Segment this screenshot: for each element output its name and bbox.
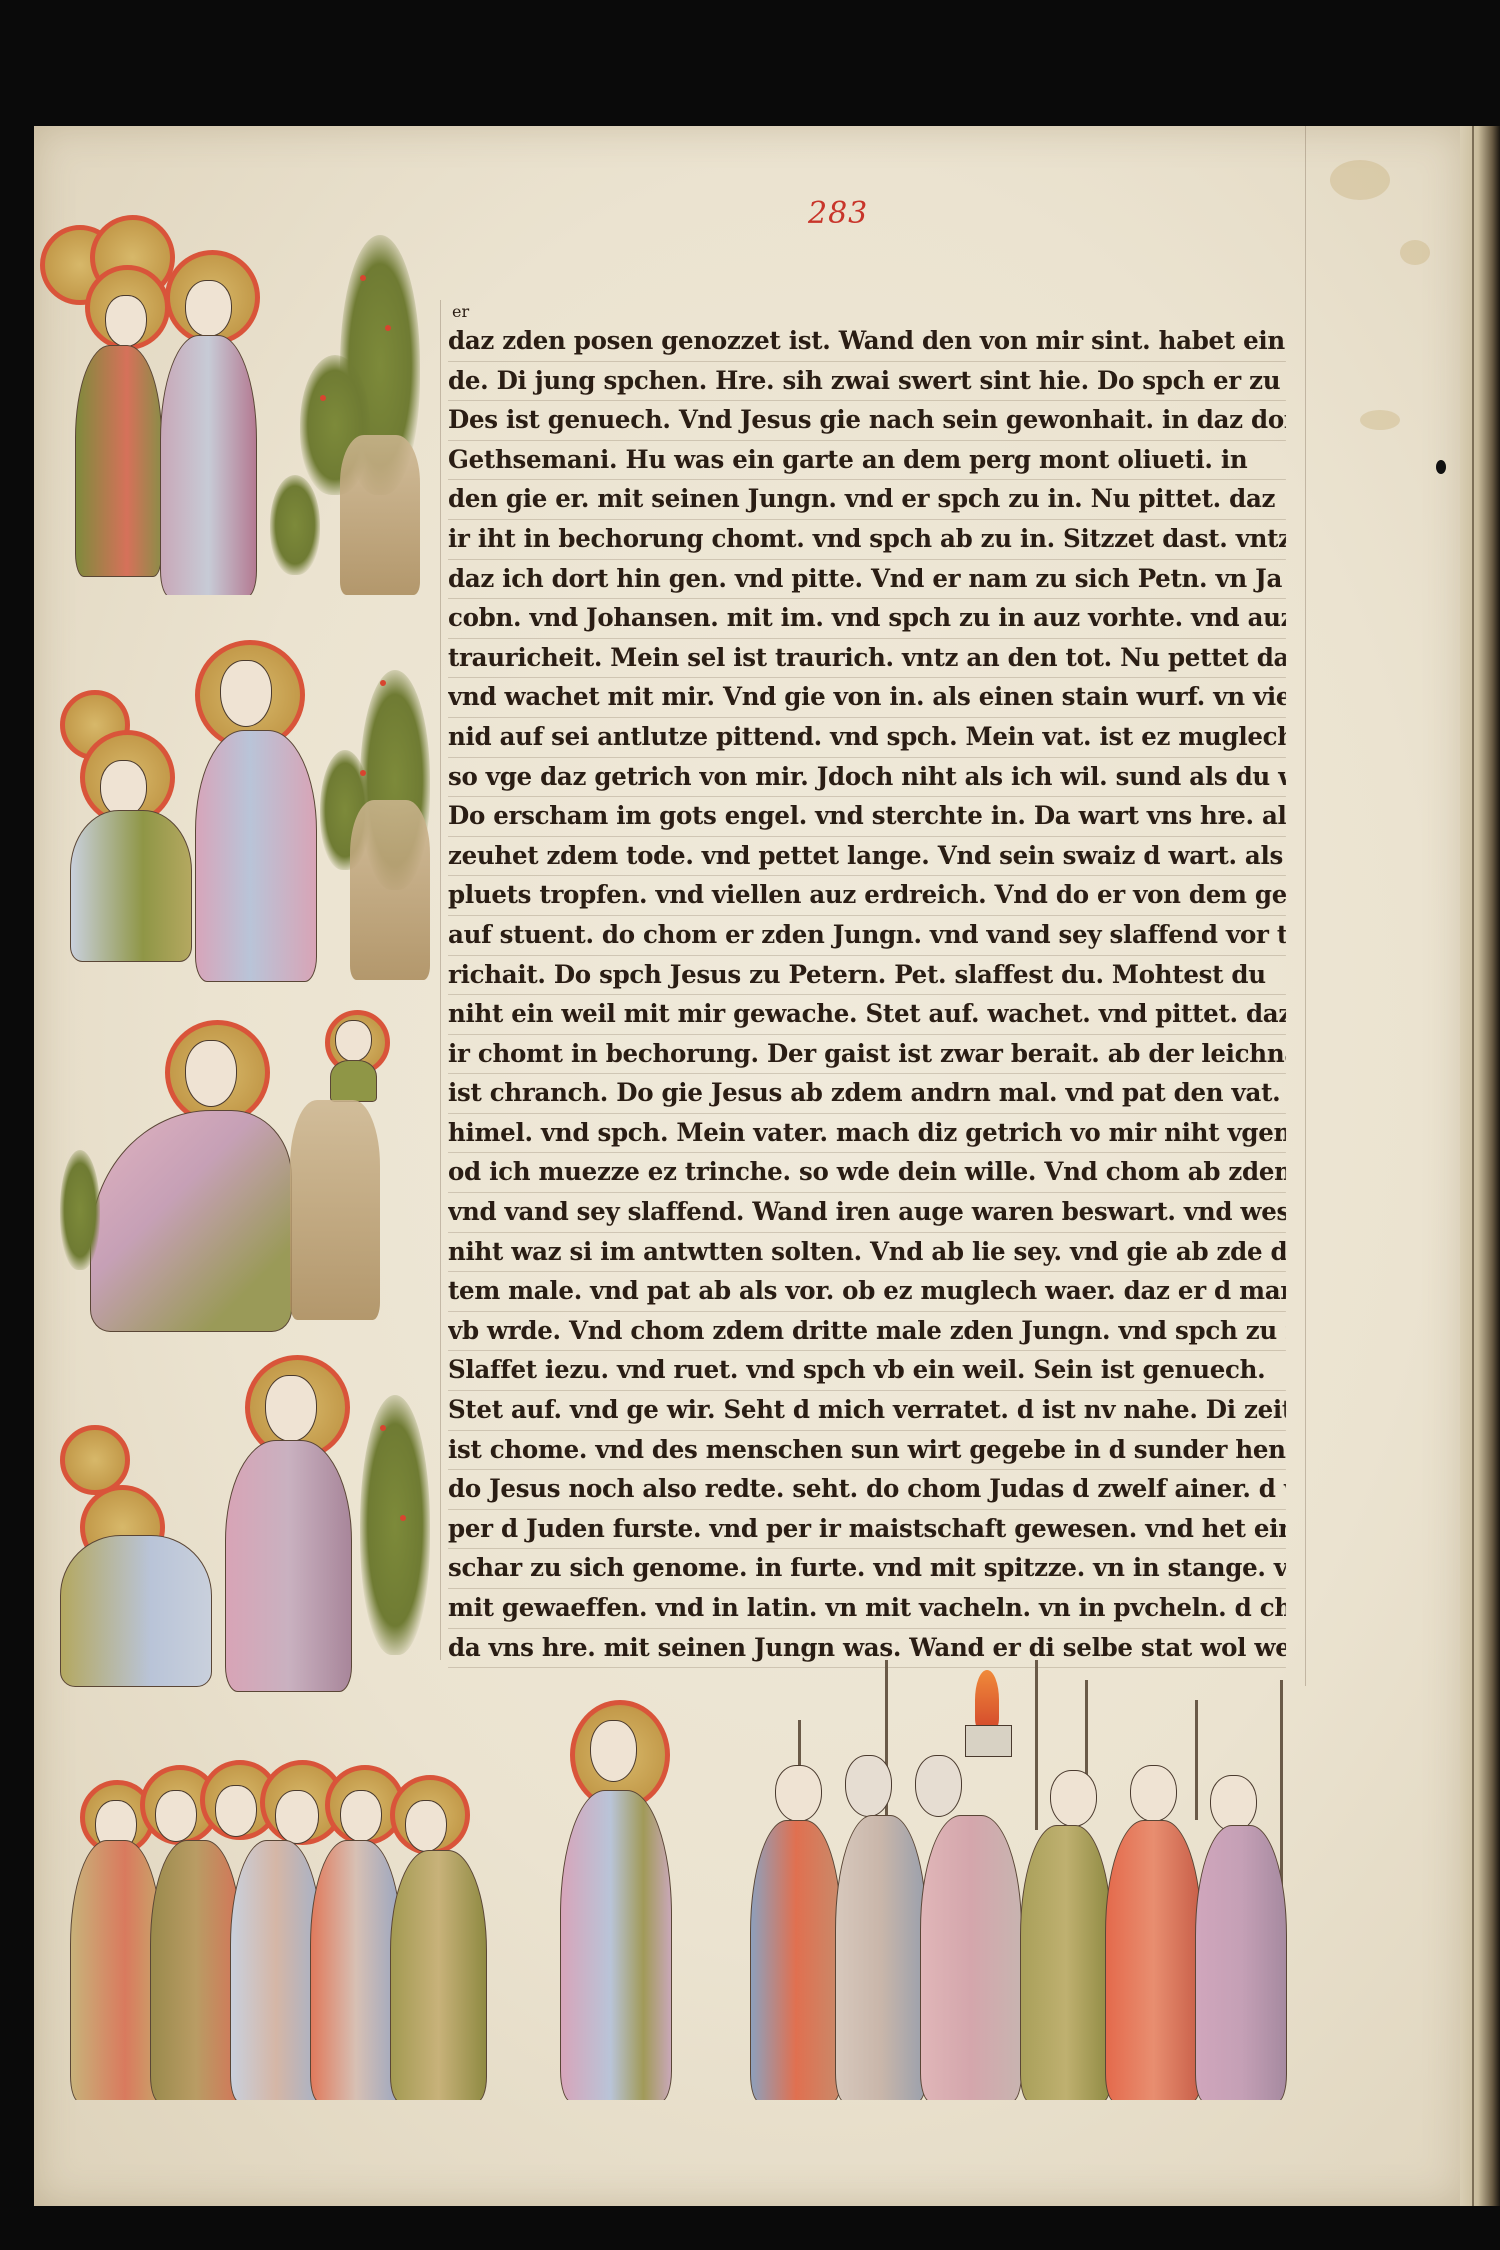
text-line: Do erscham im gots engel. vnd sterchte i… <box>448 797 1286 837</box>
stain <box>1330 160 1390 200</box>
text-line: ist chome. vnd des menschen sun wirt geg… <box>448 1431 1286 1471</box>
text-line: zeuhet zdem tode. vnd pettet lange. Vnd … <box>448 837 1286 877</box>
text-line: vnd wachet mit mir. Vnd gie von in. als … <box>448 678 1286 718</box>
text-line: do Jesus noch also redte. seht. do chom … <box>448 1470 1286 1510</box>
page-hole <box>1436 460 1446 474</box>
ruling-line <box>440 300 441 1660</box>
stain <box>1400 240 1430 265</box>
apostles-with-halos-icon <box>40 215 440 595</box>
text-line: so vge daz getrich von mir. Jdoch niht a… <box>448 758 1286 798</box>
christ-waking-apostles-icon <box>60 1355 440 1705</box>
text-line: Des ist genuech. Vnd Jesus gie nach sein… <box>448 401 1286 441</box>
text-line: nid auf sei antlutze pittend. vnd spch. … <box>448 718 1286 758</box>
text-line: ir chomt in bechorung. Der gaist ist zwa… <box>448 1035 1286 1075</box>
text-line: cobn. vnd Johansen. mit im. vnd spch zu … <box>448 599 1286 639</box>
text-line: ir iht in bechorung chomt. vnd spch ab z… <box>448 520 1286 560</box>
text-line: Stet auf. vnd ge wir. Seht d mich verrat… <box>448 1391 1286 1431</box>
text-line: od ich muezze ez trinche. so wde dein wi… <box>448 1153 1286 1193</box>
soldiers-arrest-icon <box>750 1660 1310 2100</box>
text-line: daz ich dort hin gen. vnd pitte. Vnd er … <box>448 560 1286 600</box>
christ-pointing-icon <box>60 630 440 1000</box>
text-column: daz zden posen genozzet ist. Wand den vo… <box>448 322 1303 1668</box>
text-line: mit gewaeffen. vnd in latin. vn mit vach… <box>448 1589 1286 1629</box>
ruling-line <box>1305 126 1306 1686</box>
text-line: himel. vnd spch. Mein vater. mach diz ge… <box>448 1114 1286 1154</box>
text-line: tem male. vnd pat ab als vor. ob ez mugl… <box>448 1272 1286 1312</box>
text-line: Gethsemani. Hu was ein garte an dem perg… <box>448 441 1286 481</box>
text-line: niht waz si im antwtten solten. Vnd ab l… <box>448 1233 1286 1273</box>
text-line: ist chranch. Do gie Jesus ab zdem andrn … <box>448 1074 1286 1114</box>
text-line: de. Di jung spchen. Hre. sih zwai swert … <box>448 362 1286 402</box>
binding-edge <box>1472 126 1474 2206</box>
text-line: schar zu sich genome. in furte. vnd mit … <box>448 1549 1286 1589</box>
text-line: daz zden posen genozzet ist. Wand den vo… <box>448 322 1286 362</box>
page-gutter <box>1460 126 1500 2206</box>
text-line: auf stuent. do chom er zden Jungn. vnd v… <box>448 916 1286 956</box>
christ-praying-angel-icon <box>60 1010 440 1340</box>
text-line: per d Juden furste. vnd per ir maistscha… <box>448 1510 1286 1550</box>
interlinear-correction: er <box>452 302 469 321</box>
text-line: pluets tropfen. vnd viellen auz erdreich… <box>448 876 1286 916</box>
torch-flame-icon <box>975 1670 999 1730</box>
text-line: trauricheit. Mein sel ist traurich. vntz… <box>448 639 1286 679</box>
torch-icon <box>965 1725 1012 1757</box>
text-line: vnd vand sey slaffend. Wand iren auge wa… <box>448 1193 1286 1233</box>
christ-scroll-apostles-icon <box>70 1690 720 2100</box>
text-line: den gie er. mit seinen Jungn. vnd er spc… <box>448 480 1286 520</box>
folio-number: 283 <box>808 196 868 231</box>
text-line: Slaffet iezu. vnd ruet. vnd spch vb ein … <box>448 1351 1286 1391</box>
stain <box>1360 410 1400 430</box>
text-line: niht ein weil mit mir gewache. Stet auf.… <box>448 995 1286 1035</box>
text-line: vb wrde. Vnd chom zdem dritte male zden … <box>448 1312 1286 1352</box>
text-line: richait. Do spch Jesus zu Petern. Pet. s… <box>448 956 1286 996</box>
